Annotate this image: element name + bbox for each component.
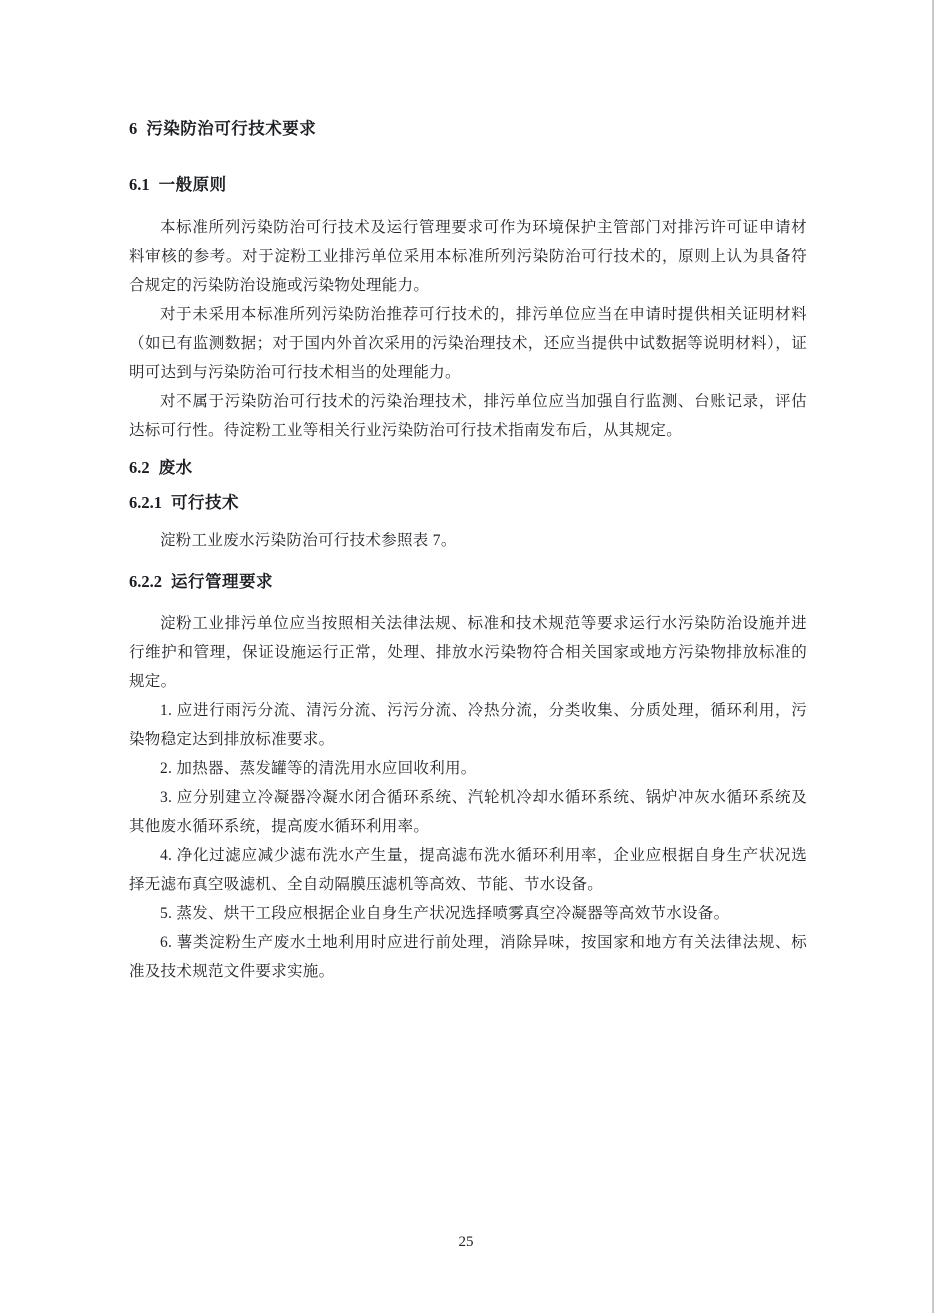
paragraph: 淀粉工业废水污染防治可行技术参照表 7。: [129, 526, 807, 555]
list-item-4: 4. 净化过滤应减少滤布洗水产生量，提高滤布洗水循环利用率，企业应根据自身生产状…: [129, 841, 807, 899]
section-heading-6-2-1: 6.2.1可行技术: [129, 488, 807, 518]
section-number: 6.2.1: [129, 493, 162, 512]
list-item-3: 3. 应分别建立冷凝器冷凝水闭合循环系统、汽轮机冷却水循环系统、锅炉冲灰水循环系…: [129, 783, 807, 841]
paragraph: 对不属于污染防治可行技术的污染治理技术，排污单位应当加强自行监测、台账记录，评估…: [129, 387, 807, 445]
section-number: 6: [129, 119, 137, 138]
section-heading-6-2-2: 6.2.2运行管理要求: [129, 567, 807, 597]
document-page: 6污染防治可行技术要求 6.1一般原则 本标准所列污染防治可行技术及运行管理要求…: [0, 0, 934, 1313]
section-title: 运行管理要求: [171, 573, 273, 591]
section-title: 废水: [159, 459, 193, 477]
paragraph: 淀粉工业排污单位应当按照相关法律法规、标准和技术规范等要求运行水污染防治设施并进…: [129, 609, 807, 696]
paragraph: 对于未采用本标准所列污染防治推荐可行技术的，排污单位应当在申请时提供相关证明材料…: [129, 300, 807, 387]
section-heading-6-2: 6.2废水: [129, 453, 807, 483]
section-title: 可行技术: [171, 494, 239, 512]
section-heading-6-1: 6.1一般原则: [129, 170, 807, 200]
page-number: 25: [0, 1231, 932, 1253]
section-heading-6: 6污染防治可行技术要求: [129, 114, 807, 144]
section-number: 6.1: [129, 175, 150, 194]
list-item-6: 6. 薯类淀粉生产废水土地利用时应进行前处理，消除异味，按国家和地方有关法律法规…: [129, 928, 807, 986]
paragraph: 本标准所列污染防治可行技术及运行管理要求可作为环境保护主管部门对排污许可证申请材…: [129, 213, 807, 300]
section-title: 一般原则: [159, 176, 227, 194]
section-title: 污染防治可行技术要求: [146, 120, 316, 138]
document-content: 6污染防治可行技术要求 6.1一般原则 本标准所列污染防治可行技术及运行管理要求…: [129, 114, 807, 986]
list-item-2: 2. 加热器、蒸发罐等的清洗用水应回收利用。: [129, 754, 807, 783]
section-number: 6.2.2: [129, 572, 162, 591]
list-item-1: 1. 应进行雨污分流、清污分流、污污分流、冷热分流，分类收集、分质处理，循环利用…: [129, 696, 807, 754]
list-item-5: 5. 蒸发、烘干工段应根据企业自身生产状况选择喷雾真空冷凝器等高效节水设备。: [129, 899, 807, 928]
section-number: 6.2: [129, 458, 150, 477]
